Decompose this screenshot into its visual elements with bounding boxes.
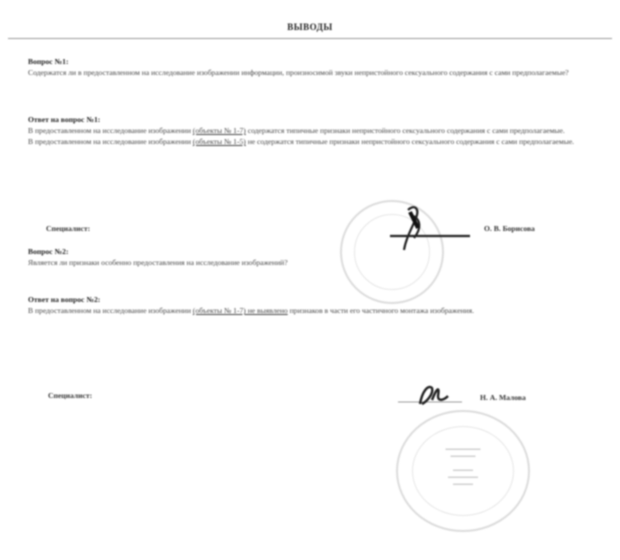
answer-1-p1-objects: (объекты № 1-7) [193, 126, 246, 135]
answer-1-p1-text: В предоставленном на исследование изобра… [28, 126, 193, 135]
signature-2-name: Н. А. Малова [480, 393, 526, 402]
answer-1-p1-rest: содержатся типичные признаки непристойно… [246, 126, 565, 135]
document-title: ВЫВОДЫ [0, 22, 620, 32]
answer-2-label: Ответ на вопрос №2: [8, 294, 608, 305]
question-2-text: Является ли признаки особенно предоставл… [8, 257, 608, 268]
answer-2: Ответ на вопрос №2: В предоставленном на… [8, 294, 608, 316]
answer-1-p2-objects: (объекты № 1-5) [193, 137, 246, 146]
question-2: Вопрос №2: Является ли признаки особенно… [8, 246, 608, 268]
answer-2-p1-objects: (объекты № 1-7) не выявлено [193, 306, 288, 315]
question-2-label: Вопрос №2: [8, 246, 608, 257]
answer-1: Ответ на вопрос №1: В предоставленном на… [8, 114, 608, 147]
question-1-label: Вопрос №1: [8, 56, 608, 67]
signature-2-role: Специалист: [48, 391, 92, 400]
question-1: Вопрос №1: Содержатся ли в предоставленн… [8, 56, 608, 78]
answer-1-label: Ответ на вопрос №1: [8, 114, 608, 125]
answer-1-paragraph-2: В предоставленном на исследование изобра… [8, 136, 608, 147]
title-divider [8, 38, 612, 39]
stamp-2: ▬▬▬▬▬▬▬▬▬▬▬▬▬▬▬▬▬▬▬▬▬▬▬▬▬▬ [396, 410, 530, 532]
signature-1-role: Специалист: [46, 224, 90, 233]
answer-1-p2-rest: не содержатся типичные признаки непристо… [246, 137, 574, 146]
signature-1-name: О. В. Борисова [484, 224, 535, 233]
question-1-text: Содержатся ли в предоставленном на иссле… [8, 67, 608, 78]
answer-2-p1-text: В предоставленном на исследование изобра… [28, 306, 193, 315]
document-page: ВЫВОДЫ Вопрос №1: Содержатся ли в предос… [0, 0, 620, 560]
answer-1-paragraph-1: В предоставленном на исследование изобра… [8, 125, 608, 136]
answer-2-p1-rest: признаков в части его частичного монтажа… [288, 306, 474, 315]
answer-2-paragraph-1: В предоставленном на исследование изобра… [8, 305, 608, 316]
answer-1-p2-text: В предоставленном на исследование изобра… [28, 137, 193, 146]
